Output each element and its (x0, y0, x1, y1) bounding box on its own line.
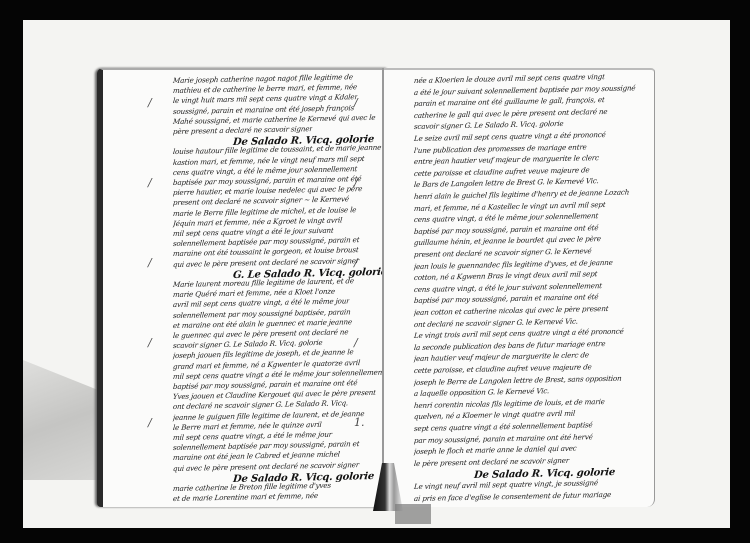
manuscript-line: scavoir signer G. Le Salado R. Vicq. gol… (414, 119, 564, 131)
manuscript-line: née a Kloerien le douze avril mil sept c… (414, 72, 606, 85)
manuscript-line: parain et maraine ont été guillaume le g… (414, 95, 605, 108)
manuscript-line: jean hautier veuf majeur de marguerite l… (414, 351, 590, 364)
manuscript-line: cens quatre vingt, a été le même jour so… (414, 211, 599, 224)
manuscript-line: baptisé par moy soussigné, parain et mar… (414, 293, 599, 306)
manuscript-line: qui avec le père present ont declaré ne … (173, 256, 360, 269)
manuscript-line: par moy soussigné, parain et maraine ont… (414, 432, 594, 445)
manuscript-line: père present a declaré ne scavoir signer (173, 124, 313, 136)
manuscript-line: joseph le Berre de Langolen lettre de Br… (414, 373, 622, 386)
manuscript-line: ont declaré ne scavoir signer G. le Kern… (414, 316, 579, 328)
margin-mark: / (148, 336, 152, 349)
gutter-shadow (395, 504, 431, 524)
margin-mark: / (354, 176, 358, 189)
manuscript-line: entre jean hautier veuf majeur de margue… (414, 153, 600, 166)
manuscript-line: cotton, né a Kgwenn Bras le vingt deux a… (414, 269, 598, 282)
margin-mark: / (148, 96, 152, 109)
left-page: Marie joseph catherine nagot nagot fille… (97, 68, 388, 507)
margin-mark: / (148, 416, 152, 429)
manuscript-line: Le vingt neuf avril mil sept quatre ving… (414, 478, 599, 491)
manuscript-line: a laquelle opposition G. le Kernevé Vic. (414, 386, 550, 398)
manuscript-line: qui avec le père present ont declaré ne … (173, 460, 360, 473)
manuscript-line: henri alain le guichel fils legitime d'h… (414, 188, 630, 201)
manuscript-line: l'une publication des promesses de maria… (414, 142, 587, 155)
manuscript-line: ai pris en face d'eglise le consentement… (414, 489, 612, 502)
manuscript-line: catherine le gall qui avec le père prese… (414, 107, 608, 120)
manuscript-line: jeanne le guiguen fille legitime de laur… (173, 409, 365, 422)
manuscript-line: sept cens quatre vingt a été solennellem… (414, 420, 593, 433)
margin-mark: / (354, 336, 358, 349)
manuscript-line: quelven, né a Kloemer le vingt quatre av… (414, 409, 576, 421)
manuscript-line: joseph le floch et marie anne le daniel … (414, 444, 577, 456)
margin-mark: / (148, 256, 152, 269)
manuscript-line: jean cotton et catherine nicolas qui ave… (414, 304, 609, 317)
right-page: née a Kloerien le douze avril mil sept c… (384, 68, 655, 507)
manuscript-line: le Bars de Langolen lettre de Brest G. l… (414, 177, 600, 190)
open-register-book: Marie joseph catherine nagot nagot fille… (97, 68, 657, 505)
manuscript-line: Le vingt trois avril mil sept cens quatr… (414, 327, 624, 340)
margin-mark: / (148, 176, 152, 189)
manuscript-line: guillaume hénin, et jeanne le bourdet qu… (414, 234, 602, 247)
margin-mark: 1. (354, 416, 365, 429)
manuscript-line: Le seize avril mil sept cens quatre ving… (414, 130, 606, 143)
manuscript-line: et de marie Lorentine mari et femme, née (173, 491, 319, 503)
manuscript-line: cette paroisse, et claudine aufret veuve… (414, 362, 592, 375)
margin-mark: / (354, 96, 358, 109)
manuscript-line: le père present ont declaré ne scavoir s… (414, 456, 570, 468)
manuscript-line: present ont declaré ne scavoir signer G.… (414, 246, 592, 259)
margin-mark: / (354, 256, 358, 269)
manuscript-line: henri corentin nicolas fils legitime de … (414, 397, 606, 410)
